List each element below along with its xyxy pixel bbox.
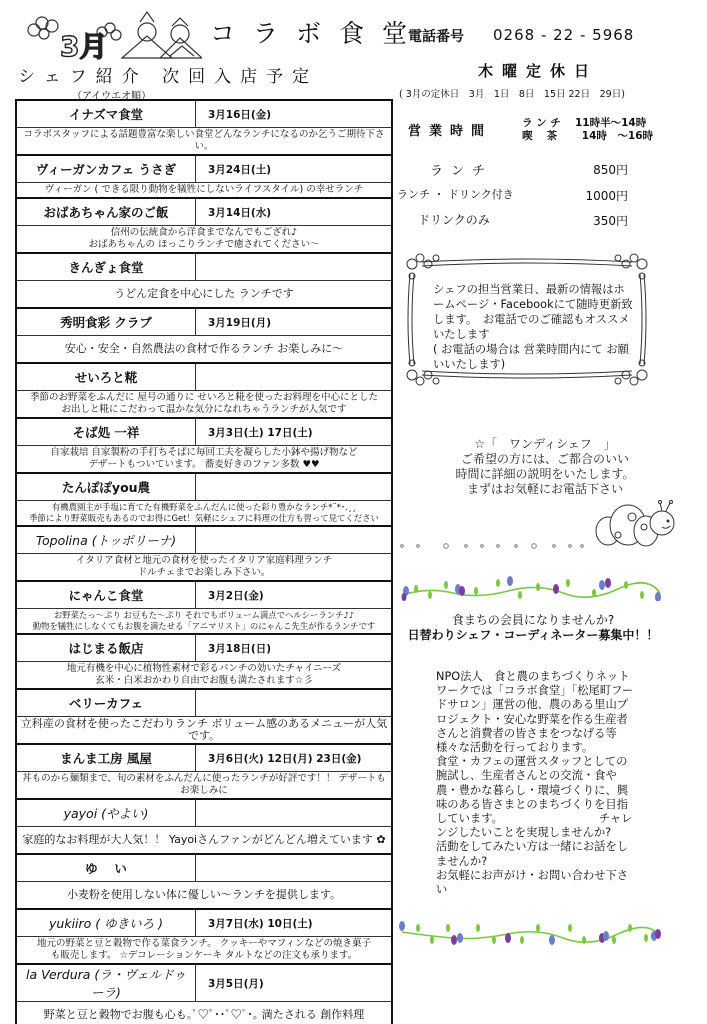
chef-description-row: イタリア食材と地元の食材を使ったイタリア家庭料理ランチ ドルチェまでお楽しみ下さ… <box>16 554 392 582</box>
next-visit-date <box>196 526 393 554</box>
phone-label: 電話番号 <box>408 26 464 46</box>
phone-number: 0268 - 22 - 5968 <box>493 26 634 44</box>
next-visit-date: 3月5日(月) <box>196 964 393 1002</box>
npo-description: NPO法人 食と農のまちづくりネットワークでは「コラボ食堂」「松尾町フードサロン… <box>436 670 636 897</box>
chef-name: 秀明食彩 クラブ <box>16 308 196 336</box>
chef-name: ゆ い <box>16 854 196 882</box>
next-visit-date: 3月6日(火) 12日(月) 23日(金) <box>196 744 393 772</box>
next-visit-date <box>196 253 393 281</box>
membership-line: 食まちの会員になりませんか? <box>398 613 668 628</box>
chef-description-row: 地元の野菜と豆と穀物で作る菜食ランチ。 クッキーやマフィンなどの焼き菓子 も販売… <box>16 937 392 965</box>
chef-name: Topolina (トッポリーナ) <box>16 526 196 554</box>
chef-row: イナズマ食堂3月16日(金) <box>16 100 392 128</box>
business-hours-label: 営業時間 <box>408 120 492 139</box>
next-visit-date: 3月16日(金) <box>196 100 393 128</box>
one-day-chef-line: 時間に詳細の説明をいたします。 <box>430 467 660 482</box>
chef-description: 信州の伝統食から洋食までなんでもござれ♪ おばあちゃんの ほっこりランチで癒され… <box>16 226 392 254</box>
chef-description: 立科産の食材を使ったこだわりランチ ボリューム感のあるメニューが人気です。 <box>16 717 392 745</box>
chef-description: コラボスタッフによる話題豊富な楽しい食堂どんなランチになるのか乞うご期待下さい。 <box>16 128 392 156</box>
next-visit-date: 3月3日(土) 17日(土) <box>196 418 393 446</box>
chef-name: きんぎょ食堂 <box>16 253 196 281</box>
chef-row: yukiiro ( ゆきいろ )3月7日(水) 10日(土) <box>16 909 392 937</box>
chef-name: おばあちゃん家のご飯 <box>16 198 196 226</box>
chef-description-row: うどん定食を中心にした ランチです <box>16 281 392 309</box>
chef-name: ヴィーガンカフェ うさぎ <box>16 155 196 183</box>
membership-line: 日替わりシェフ・コーディネーター募集中！！ <box>398 628 668 643</box>
next-visit-date <box>196 473 393 501</box>
chef-description: 丼ものから麺類まで、旬の素材をふんだんに使ったランチが好評です！！ デザートもお… <box>16 772 392 800</box>
hours-cafe: 喫 茶 14時 〜16時 <box>522 128 653 143</box>
next-visit-date: 3月24日(土) <box>196 155 393 183</box>
chef-description: 自家栽培 自家製粉の手打ちそばに毎回工夫を凝らした小鉢や揚げ物など デザートもつ… <box>16 446 392 474</box>
chef-description-row: 自家栽培 自家製粉の手打ちそばに毎回工夫を凝らした小鉢や揚げ物など デザートもつ… <box>16 446 392 474</box>
next-visit-date <box>196 854 393 882</box>
dotted-trail-decoration <box>398 535 598 543</box>
chef-description-row: 家庭的なお料理が大人気！！ Yayoiさんファンがどんどん増えています ✿ <box>16 827 392 855</box>
chef-name: ベリーカフェ <box>16 689 196 717</box>
next-visit-date: 3月2日(金) <box>196 581 393 609</box>
chef-row: 秀明食彩 クラブ3月19日(月) <box>16 308 392 336</box>
membership-headline: 食まちの会員になりませんか? 日替わりシェフ・コーディネーター募集中！！ <box>398 613 668 643</box>
chef-row: たんぽぽyou農 <box>16 473 392 501</box>
price-label-drink: ドリンクのみ <box>418 211 490 228</box>
chef-row: Topolina (トッポリーナ) <box>16 526 392 554</box>
month-logo-illustration: 3月 <box>22 8 202 60</box>
chef-row: きんぎょ食堂 <box>16 253 392 281</box>
next-visit-date: 3月14日(水) <box>196 198 393 226</box>
chef-name: はじまる飯店 <box>16 634 196 662</box>
chef-name: yayoi (やよい) <box>16 799 196 827</box>
chef-name: にゃんこ食堂 <box>16 581 196 609</box>
next-visit-date <box>196 689 393 717</box>
chef-name: まんま工房 風屋 <box>16 744 196 772</box>
vine-decoration <box>398 918 668 946</box>
chef-description: 安心・安全・自然農法の食材で作るランチ お楽しみに〜 <box>16 336 392 364</box>
chef-description-row: 季節のお野菜をふんだに 屋号の通りに せいろと糀を使ったお料理を中心にとした お… <box>16 391 392 419</box>
chef-description-row: 信州の伝統食から洋食までなんでもござれ♪ おばあちゃんの ほっこりランチで癒され… <box>16 226 392 254</box>
chef-row: はじまる飯店3月18日(日) <box>16 634 392 662</box>
chef-description: ヴィーガン ( できる限り動物を犠牲にしないライフスタイル) の幸せランチ <box>16 183 392 199</box>
chef-description: 小麦粉を使用しない体に優しい〜ランチを提供します。 <box>16 882 392 910</box>
chef-description-row: 立科産の食材を使ったこだわりランチ ボリューム感のあるメニューが人気です。 <box>16 717 392 745</box>
price-value-drink: 350円 <box>568 212 628 229</box>
chef-description: 季節のお野菜をふんだに 屋号の通りに せいろと糀を使ったお料理を中心にとした お… <box>16 391 392 419</box>
chef-row: そば処 一祥3月3日(土) 17日(土) <box>16 418 392 446</box>
chef-row: yayoi (やよい) <box>16 799 392 827</box>
chef-row: せいろと糀 <box>16 363 392 391</box>
chef-description-row: 小麦粉を使用しない体に優しい〜ランチを提供します。 <box>16 882 392 910</box>
chef-description: うどん定食を中心にした ランチです <box>16 281 392 309</box>
chef-description: 野菜と豆と穀物でお腹も心も｡ﾟ♡ﾟ･･ﾟ♡ﾟ･｡ 満たされる 創作料理 <box>16 1002 392 1024</box>
chef-name: たんぽぽyou農 <box>16 473 196 501</box>
chef-description-row: 安心・安全・自然農法の食材で作るランチ お楽しみに〜 <box>16 336 392 364</box>
chef-row: にゃんこ食堂3月2日(金) <box>16 581 392 609</box>
chef-row: おばあちゃん家のご飯3月14日(水) <box>16 198 392 226</box>
chef-description-row: 有機農園主が手塩に育てた有機野菜をふんだんに使った彩り豊かなランチ*¨*･.¸¸… <box>16 501 392 527</box>
chef-description: お野菜たっ〜ぷり お豆もた〜ぷり それでもボリューム満点でヘルシーランチ♪♪ 動… <box>16 609 392 635</box>
chef-row: la Verdura (ラ・ヴェルドゥーラ)3月5日(月) <box>16 964 392 1002</box>
price-label-lunch-drink: ランチ ・ ドリンク付き <box>397 186 514 202</box>
svg-text:3月: 3月 <box>60 30 107 60</box>
price-value-lunch: 850円 <box>568 161 628 178</box>
chef-description-row: 野菜と豆と穀物でお腹も心も｡ﾟ♡ﾟ･･ﾟ♡ﾟ･｡ 満たされる 創作料理 <box>16 1002 392 1024</box>
closed-day-title: 木曜定休日 <box>478 60 598 81</box>
chef-name: そば処 一祥 <box>16 418 196 446</box>
chef-description: 地元有機を中心に植物性素材で彩るパンチの効いたチャイニーズ 玄米・白米おかわり自… <box>16 662 392 690</box>
chef-name: yukiiro ( ゆきいろ ) <box>16 909 196 937</box>
next-visit-date: 3月18日(日) <box>196 634 393 662</box>
chef-schedule-table: イナズマ食堂3月16日(金)コラボスタッフによる話題豊富な楽しい食堂どんなランチ… <box>15 99 393 1024</box>
chef-name: la Verdura (ラ・ヴェルドゥーラ) <box>16 964 196 1002</box>
chef-description-row: 丼ものから麺類まで、旬の素材をふんだんに使ったランチが好評です！！ デザートもお… <box>16 772 392 800</box>
closed-day-dates: ( 3月の定休日 3月 1日 8日 15日 22日 29日) <box>399 86 625 100</box>
notice-text: シェフの担当営業日、最新の情報はホームページ・Facebookにて随時更新致しま… <box>433 282 633 372</box>
chef-description-row: ヴィーガン ( できる限り動物を犠牲にしないライフスタイル) の幸せランチ <box>16 183 392 199</box>
page-title: コラボ食堂 <box>210 14 425 50</box>
chef-row: ベリーカフェ <box>16 689 392 717</box>
chef-description-row: お野菜たっ〜ぷり お豆もた〜ぷり それでもボリューム満点でヘルシーランチ♪♪ 動… <box>16 609 392 635</box>
price-label-lunch: ランチ <box>430 160 493 179</box>
next-visit-date: 3月19日(月) <box>196 308 393 336</box>
chef-name: せいろと糀 <box>16 363 196 391</box>
chef-description-row: 地元有機を中心に植物性素材で彩るパンチの効いたチャイニーズ 玄米・白米おかわり自… <box>16 662 392 690</box>
chef-name: イナズマ食堂 <box>16 100 196 128</box>
chef-description: イタリア食材と地元の食材を使ったイタリア家庭料理ランチ ドルチェまでお楽しみ下さ… <box>16 554 392 582</box>
one-day-chef-info: ☆「 ワンディシェフ 」 ご希望の方には、ご都合のいい 時間に詳細の説明をいたし… <box>430 437 660 497</box>
one-day-chef-line: ご希望の方には、ご都合のいい <box>430 452 660 467</box>
chef-row: ヴィーガンカフェ うさぎ3月24日(土) <box>16 155 392 183</box>
chef-description: 家庭的なお料理が大人気！！ Yayoiさんファンがどんどん増えています ✿ <box>16 827 392 855</box>
vine-decoration <box>398 573 668 601</box>
chef-description: 地元の野菜と豆と穀物で作る菜食ランチ。 クッキーやマフィンなどの焼き菓子 も販売… <box>16 937 392 965</box>
caterpillar-illustration <box>592 495 682 551</box>
chef-row: ゆ い <box>16 854 392 882</box>
price-value-lunch-drink: 1000円 <box>568 187 628 204</box>
next-visit-date <box>196 799 393 827</box>
next-visit-date <box>196 363 393 391</box>
next-visit-date: 3月7日(水) 10日(土) <box>196 909 393 937</box>
chef-description-row: コラボスタッフによる話題豊富な楽しい食堂どんなランチになるのか乞うご期待下さい。 <box>16 128 392 156</box>
one-day-chef-line: ☆「 ワンディシェフ 」 <box>430 437 660 452</box>
chef-description: 有機農園主が手塩に育てた有機野菜をふんだんに使った彩り豊かなランチ*¨*･.¸¸… <box>16 501 392 527</box>
section-subtitle: シェフ紹介 次回入店予定 <box>18 62 318 87</box>
chef-row: まんま工房 風屋3月6日(火) 12日(月) 23日(金) <box>16 744 392 772</box>
